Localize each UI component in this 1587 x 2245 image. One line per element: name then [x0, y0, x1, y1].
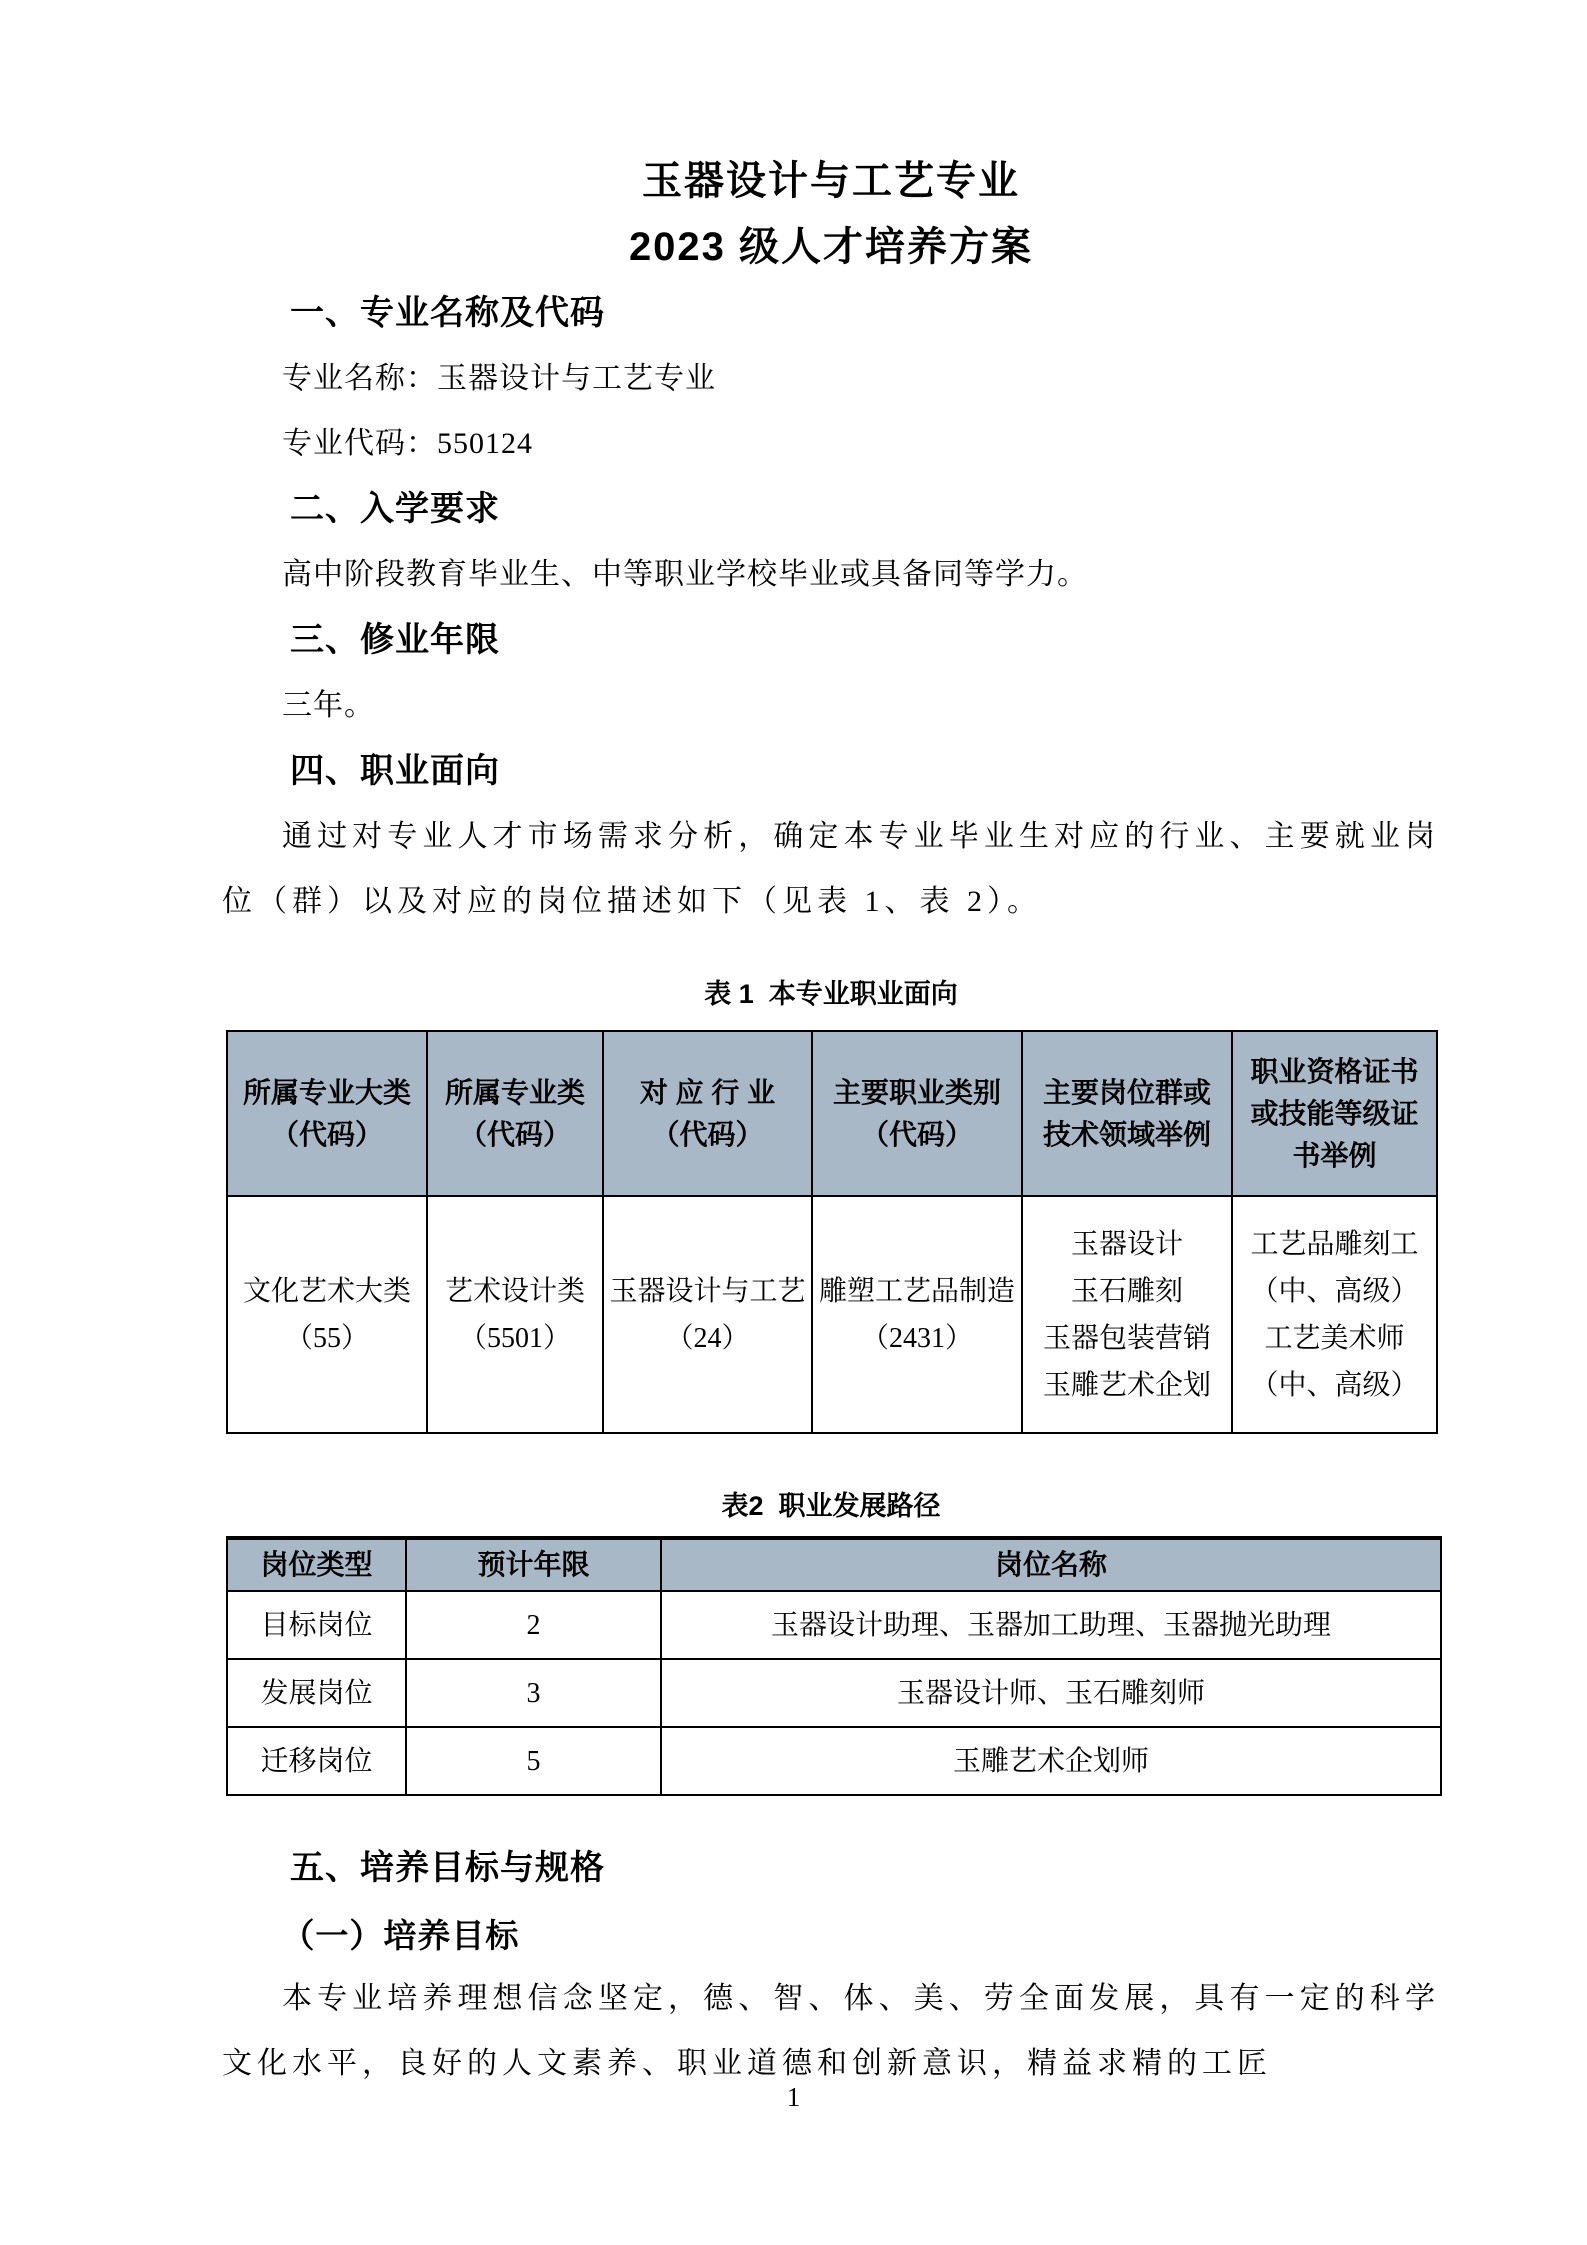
study-duration-text: 三年。: [222, 673, 1440, 738]
post-type-cell: 目标岗位: [227, 1591, 406, 1659]
table1-header-cell: 主要职业类别 （代码）: [812, 1031, 1022, 1196]
document-content: 玉器设计与工艺专业 2023 级人才培养方案 一、专业名称及代码 专业名称：玉器…: [0, 0, 1587, 2096]
table1-header-cell: 所属专业类 （代码）: [427, 1031, 603, 1196]
table2-header-cell: 岗位名称: [661, 1538, 1441, 1591]
table2-row: 发展岗位 3 玉器设计师、玉石雕刻师: [227, 1659, 1441, 1727]
table2-row: 目标岗位 2 玉器设计助理、玉器加工助理、玉器抛光助理: [227, 1591, 1441, 1659]
table1-header-cell: 所属专业大类 （代码）: [227, 1031, 427, 1196]
document-page: 玉器设计与工艺专业 2023 级人才培养方案 一、专业名称及代码 专业名称：玉器…: [0, 0, 1587, 2245]
major-code-line: 专业代码：550124: [222, 411, 1440, 476]
table1-header-cell: 职业资格证书 或技能等级证 书举例: [1232, 1031, 1437, 1196]
table2-header-cell: 岗位类型: [227, 1538, 406, 1591]
table1-data-cell: 工艺品雕刻工 （中、高级） 工艺美术师 （中、高级）: [1232, 1196, 1437, 1433]
table2-header-cell: 预计年限: [406, 1538, 661, 1591]
section-1-heading: 一、专业名称及代码: [222, 280, 1440, 346]
admission-requirement-text: 高中阶段教育毕业生、中等职业学校毕业或具备同等学力。: [222, 542, 1440, 607]
table1-header-row: 所属专业大类 （代码） 所属专业类 （代码） 对 应 行 业 （代码） 主要职业…: [227, 1031, 1437, 1196]
table1-data-cell: 艺术设计类 （5501）: [427, 1196, 603, 1433]
table1-caption: 表 1 本专业职业面向: [222, 974, 1440, 1014]
career-orientation-table: 所属专业大类 （代码） 所属专业类 （代码） 对 应 行 业 （代码） 主要职业…: [226, 1030, 1438, 1434]
major-name-line: 专业名称：玉器设计与工艺专业: [222, 346, 1440, 411]
post-name-cell: 玉器设计助理、玉器加工助理、玉器抛光助理: [661, 1591, 1441, 1659]
table2-row: 迁移岗位 5 玉雕艺术企划师: [227, 1727, 1441, 1795]
years-cell: 5: [406, 1727, 661, 1795]
table1-data-row: 文化艺术大类 （55） 艺术设计类 （5501） 玉器设计与工艺 （24） 雕塑…: [227, 1196, 1437, 1433]
page-number: 1: [0, 2082, 1587, 2113]
table1-data-cell: 玉器设计与工艺 （24）: [603, 1196, 812, 1433]
section-5-heading: 五、培养目标与规格: [222, 1838, 1440, 1898]
section-5-subheading: （一）培养目标: [222, 1906, 1440, 1966]
document-title: 玉器设计与工艺专业: [222, 148, 1440, 214]
table1-header-cell: 主要岗位群或 技术领域举例: [1022, 1031, 1232, 1196]
post-type-cell: 迁移岗位: [227, 1727, 406, 1795]
years-cell: 2: [406, 1591, 661, 1659]
table2-caption: 表2 职业发展路径: [222, 1486, 1440, 1526]
section-4-heading: 四、职业面向: [222, 738, 1440, 804]
post-name-cell: 玉器设计师、玉石雕刻师: [661, 1659, 1441, 1727]
career-path-table: 岗位类型 预计年限 岗位名称 目标岗位 2 玉器设计助理、玉器加工助理、玉器抛光…: [226, 1536, 1442, 1796]
section-3-heading: 三、修业年限: [222, 607, 1440, 673]
post-type-cell: 发展岗位: [227, 1659, 406, 1727]
training-objective-paragraph: 本专业培养理想信念坚定，德、智、体、美、劳全面发展，具有一定的科学文化水平，良好…: [222, 1966, 1440, 2096]
table1-header-cell: 对 应 行 业 （代码）: [603, 1031, 812, 1196]
document-subtitle: 2023 级人才培养方案: [222, 214, 1440, 280]
post-name-cell: 玉雕艺术企划师: [661, 1727, 1441, 1795]
section-2-heading: 二、入学要求: [222, 476, 1440, 542]
table2-header-row: 岗位类型 预计年限 岗位名称: [227, 1538, 1441, 1591]
career-orientation-paragraph: 通过对专业人才市场需求分析，确定本专业毕业生对应的行业、主要就业岗位（群）以及对…: [222, 804, 1440, 934]
table1-data-cell: 雕塑工艺品制造 （2431）: [812, 1196, 1022, 1433]
table1-data-cell: 玉器设计 玉石雕刻 玉器包装营销 玉雕艺术企划: [1022, 1196, 1232, 1433]
years-cell: 3: [406, 1659, 661, 1727]
table1-data-cell: 文化艺术大类 （55）: [227, 1196, 427, 1433]
